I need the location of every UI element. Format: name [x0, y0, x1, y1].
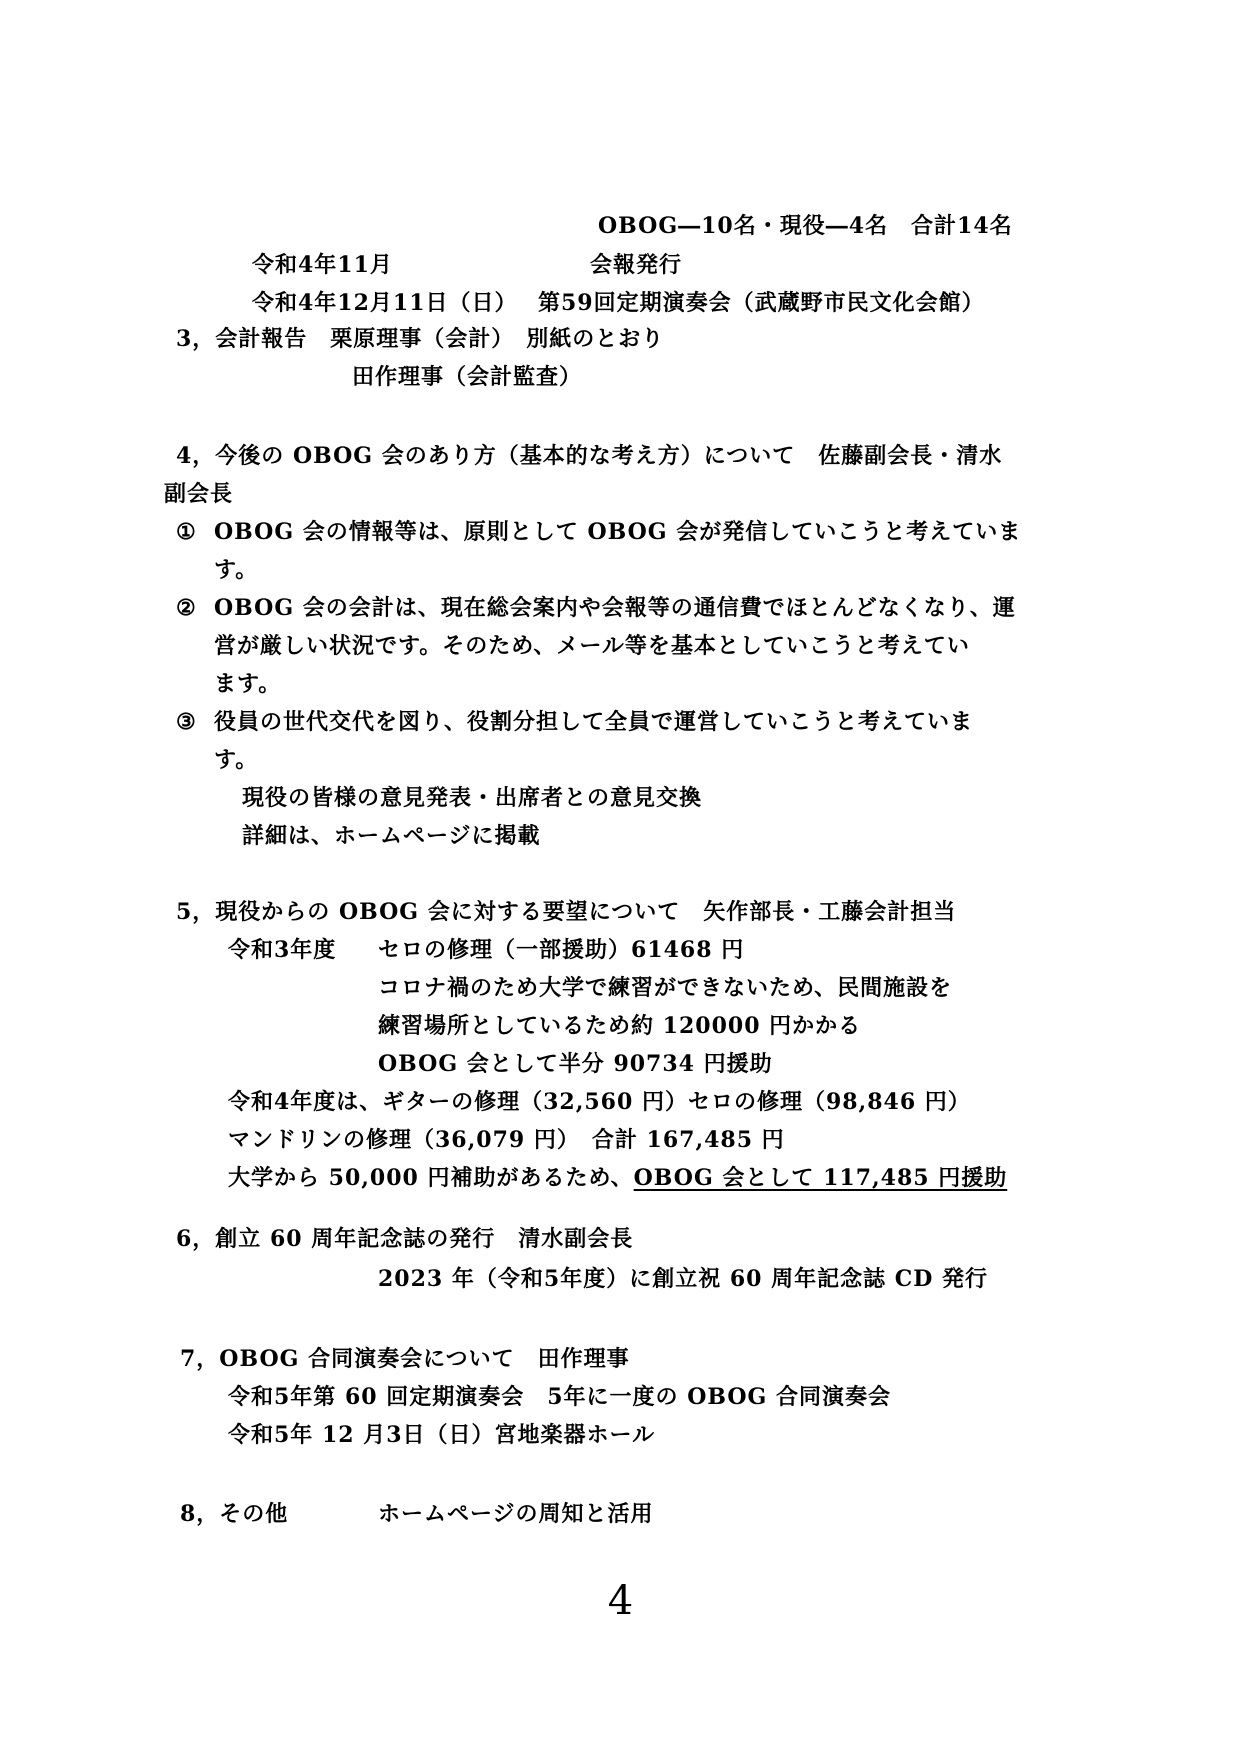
section8-label: 8，その他 — [180, 1499, 288, 1529]
section4-item-3-marker: ③ — [176, 707, 197, 737]
section5-r4-line3: 大学から 50,000 円補助があるため、OBOG 会として 117,485 円… — [228, 1163, 1007, 1193]
section4-item-2-marker: ② — [176, 593, 197, 623]
section5-r4-line3-underlined: OBOG 会として 117,485 円援助 — [634, 1165, 1008, 1191]
section7-line3: 令和5年 12 月3日（日）宮地楽器ホール — [228, 1420, 655, 1450]
schedule-event-1: 会報発行 — [590, 250, 682, 280]
schedule-date-1: 令和4年11月 — [252, 250, 393, 280]
page-number: 4 — [0, 1578, 1241, 1624]
section5-r3-line3: 練習場所としているため約 120000 円かかる — [378, 1011, 861, 1041]
section4-note-1: 現役の皆様の意見発表・出席者との意見交換 — [242, 783, 702, 813]
attendance-summary: OBOG―10名・現役―4名 合計14名 — [598, 211, 1013, 241]
section4-item-3-line2: す。 — [214, 745, 258, 775]
section4-item-1-line2: す。 — [214, 555, 258, 585]
section7-heading: 7，OBOG 合同演奏会について 田作理事 — [180, 1344, 630, 1374]
section5-r4-line1: 令和4年度は、ギターの修理（32,560 円）セロの修理（98,846 円） — [228, 1087, 971, 1117]
section4-item-2-line1: OBOG 会の会計は、現在総会案内や会報等の通信費でほとんどなくなり、運 — [214, 593, 1016, 623]
section4-heading-line1: 4，今後の OBOG 会のあり方（基本的な考え方）について 佐藤副会長・清水 — [176, 441, 1002, 471]
section7-line2: 令和5年第 60 回定期演奏会 5年に一度の OBOG 合同演奏会 — [228, 1382, 891, 1412]
section4-item-2-line2: 営が厳しい状況です。そのため、メール等を基本としていこうと考えてい — [214, 631, 970, 661]
section5-heading: 5，現役からの OBOG 会に対する要望について 矢作部長・工藤会計担当 — [176, 897, 956, 927]
section4-item-1-marker: ① — [176, 517, 197, 547]
section6-line2: 2023 年（令和5年度）に創立祝 60 周年記念誌 CD 発行 — [378, 1264, 988, 1294]
section5-r3-line2: コロナ禍のため大学で練習ができないため、民間施設を — [378, 973, 952, 1003]
schedule-event-2: 第59回定期演奏会（武蔵野市民文化会館） — [538, 288, 985, 318]
section5-r3-line4: OBOG 会として半分 90734 円援助 — [378, 1049, 773, 1079]
section4-item-2-line3: ます。 — [214, 669, 281, 699]
section5-r4-line2: マンドリンの修理（36,079 円） 合計 167,485 円 — [228, 1125, 785, 1155]
section4-item-1-line1: OBOG 会の情報等は、原則として OBOG 会が発信していこうと考えていま — [214, 517, 1021, 547]
section3-heading: 3，会計報告 栗原理事（会計） 別紙のとおり — [176, 324, 664, 354]
section4-heading-line2: 副会長 — [164, 479, 233, 509]
section5-r3-line1: セロの修理（一部援助）61468 円 — [378, 935, 744, 965]
section5-r4-line3-prefix: 大学から 50,000 円補助があるため、 — [228, 1165, 634, 1191]
section8-content: ホームページの周知と活用 — [378, 1499, 654, 1529]
section3-line2: 田作理事（会計監査） — [352, 362, 582, 392]
schedule-date-2: 令和4年12月11日（日） — [252, 288, 518, 318]
section6-heading: 6，創立 60 周年記念誌の発行 清水副会長 — [176, 1224, 633, 1254]
section4-note-2: 詳細は、ホームページに掲載 — [242, 821, 541, 851]
section5-r3-label: 令和3年度 — [228, 935, 336, 965]
section4-item-3-line1: 役員の世代交代を図り、役割分担して全員で運営していこうと考えていま — [214, 707, 973, 737]
